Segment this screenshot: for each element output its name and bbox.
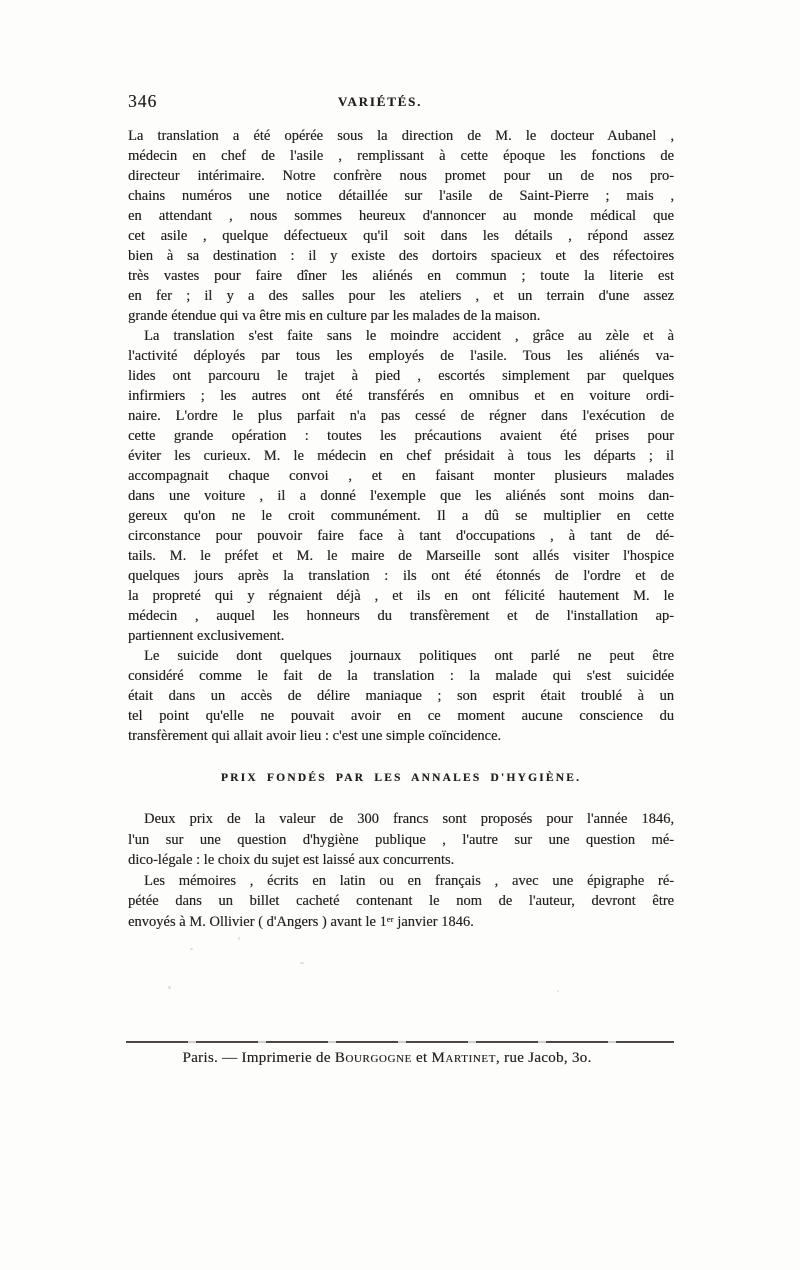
paragraph-memoires: Les mémoires , écrits en latin ou en fra… [128, 871, 674, 933]
scanned-book-page: 346 VARIÉTÉS. La translation a été opéré… [0, 0, 800, 1270]
text-line: tails. M. le préfet et M. le maire de Ma… [128, 546, 674, 566]
section-body: Deux prix de la valeur de 300 francs son… [128, 809, 674, 932]
text-line: la propreté qui y régnaient déjà , et il… [128, 586, 674, 606]
text-line: très vastes pour faire dîner les aliénés… [128, 266, 674, 286]
text-line: chains numéros une notice détaillée sur … [128, 186, 674, 206]
text-line: envoyés à M. Ollivier ( d'Angers ) avant… [128, 912, 674, 933]
text-line: dico-légale : le choix du sujet est lais… [128, 850, 674, 871]
footer-rule [126, 1041, 674, 1043]
text-line: quelques jours après la translation : il… [128, 566, 674, 586]
text-line: lides ont parcouru le trajet à pied , es… [128, 366, 674, 386]
text-line: en fer ; il y a des salles pour les atel… [128, 286, 674, 306]
scan-speckle [300, 962, 304, 964]
imprint-text-segment: , rue Jacob, 3o. [496, 1050, 592, 1066]
text-line: éviter les curieux. M. le médecin en che… [128, 446, 674, 466]
text-line: était dans un accès de délire maniaque ;… [128, 686, 674, 706]
text-line: dans une voiture , il a donné l'exemple … [128, 486, 674, 506]
page-header: 346 VARIÉTÉS. [128, 91, 674, 113]
scan-speckle [168, 986, 171, 989]
text-line: considéré comme le fait de la translatio… [128, 666, 674, 686]
scan-speckle [190, 948, 193, 950]
paragraph-prix: Deux prix de la valeur de 300 francs son… [128, 809, 674, 871]
text-line: gereux qu'on ne le croit communément. Il… [128, 506, 674, 526]
text-line: grande étendue qui va être mis en cultur… [128, 306, 674, 326]
imprint-text-segment: et [412, 1050, 432, 1066]
imprint-text: Paris. — Imprimerie de Bourgogne et Mart… [126, 1050, 674, 1067]
paragraph-translation-1: La translation a été opérée sous la dire… [128, 126, 674, 326]
section-heading: PRIX FONDÉS PAR LES ANNALES D'HYGIÈNE. [128, 772, 674, 784]
text-line: l'activité déployés par tous les employé… [128, 346, 674, 366]
paragraph-translation-2: La translation s'est faite sans le moind… [128, 326, 674, 646]
text-line: circonstance pour pouvoir faire face à t… [128, 526, 674, 546]
imprint-text-segment: Paris. — Imprimerie de [182, 1050, 334, 1066]
paragraph-suicide: Le suicide dont quelques journaux politi… [128, 646, 674, 746]
text-line: en attendant , nous sommes heureux d'ann… [128, 206, 674, 226]
text-line: pétée dans un billet cacheté contenant l… [128, 891, 674, 912]
imprint-printer-name: Bourgogne [335, 1050, 412, 1066]
page-number: 346 [128, 91, 157, 112]
scan-speckle [557, 990, 559, 992]
text-line: accompagnait chaque convoi , et en faisa… [128, 466, 674, 486]
text-line: médecin , auquel les honneurs du transfè… [128, 606, 674, 626]
text-line: cet asile , quelque défectueux qu'il soi… [128, 226, 674, 246]
text-line: tel point qu'elle ne pouvait avoir en ce… [128, 706, 674, 726]
scan-speckle [238, 937, 240, 940]
text-line: Le suicide dont quelques journaux politi… [128, 646, 674, 666]
text-line: médecin en chef de l'asile , remplissant… [128, 146, 674, 166]
text-line: infirmiers ; les autres ont été transfér… [128, 386, 674, 406]
text-line: l'un sur une question d'hygiène publique… [128, 830, 674, 851]
imprint-footer: Paris. — Imprimerie de Bourgogne et Mart… [126, 1041, 674, 1067]
article-body: La translation a été opérée sous la dire… [128, 126, 674, 746]
text-line: Les mémoires , écrits en latin ou en fra… [128, 871, 674, 892]
text-line: directeur intérimaire. Notre confrère no… [128, 166, 674, 186]
running-title: VARIÉTÉS. [128, 91, 674, 110]
text-line: bien à sa destination : il y existe des … [128, 246, 674, 266]
text-line: cette grande opération : toutes les préc… [128, 426, 674, 446]
text-line: La translation s'est faite sans le moind… [128, 326, 674, 346]
text-line: partiennent exclusivement. [128, 626, 674, 646]
text-line: La translation a été opérée sous la dire… [128, 126, 674, 146]
imprint-printer-name: Martinet [431, 1050, 496, 1066]
text-line: Deux prix de la valeur de 300 francs son… [128, 809, 674, 830]
text-line: transfèrement qui allait avoir lieu : c'… [128, 726, 674, 746]
text-line: naire. L'ordre le plus parfait n'a pas c… [128, 406, 674, 426]
